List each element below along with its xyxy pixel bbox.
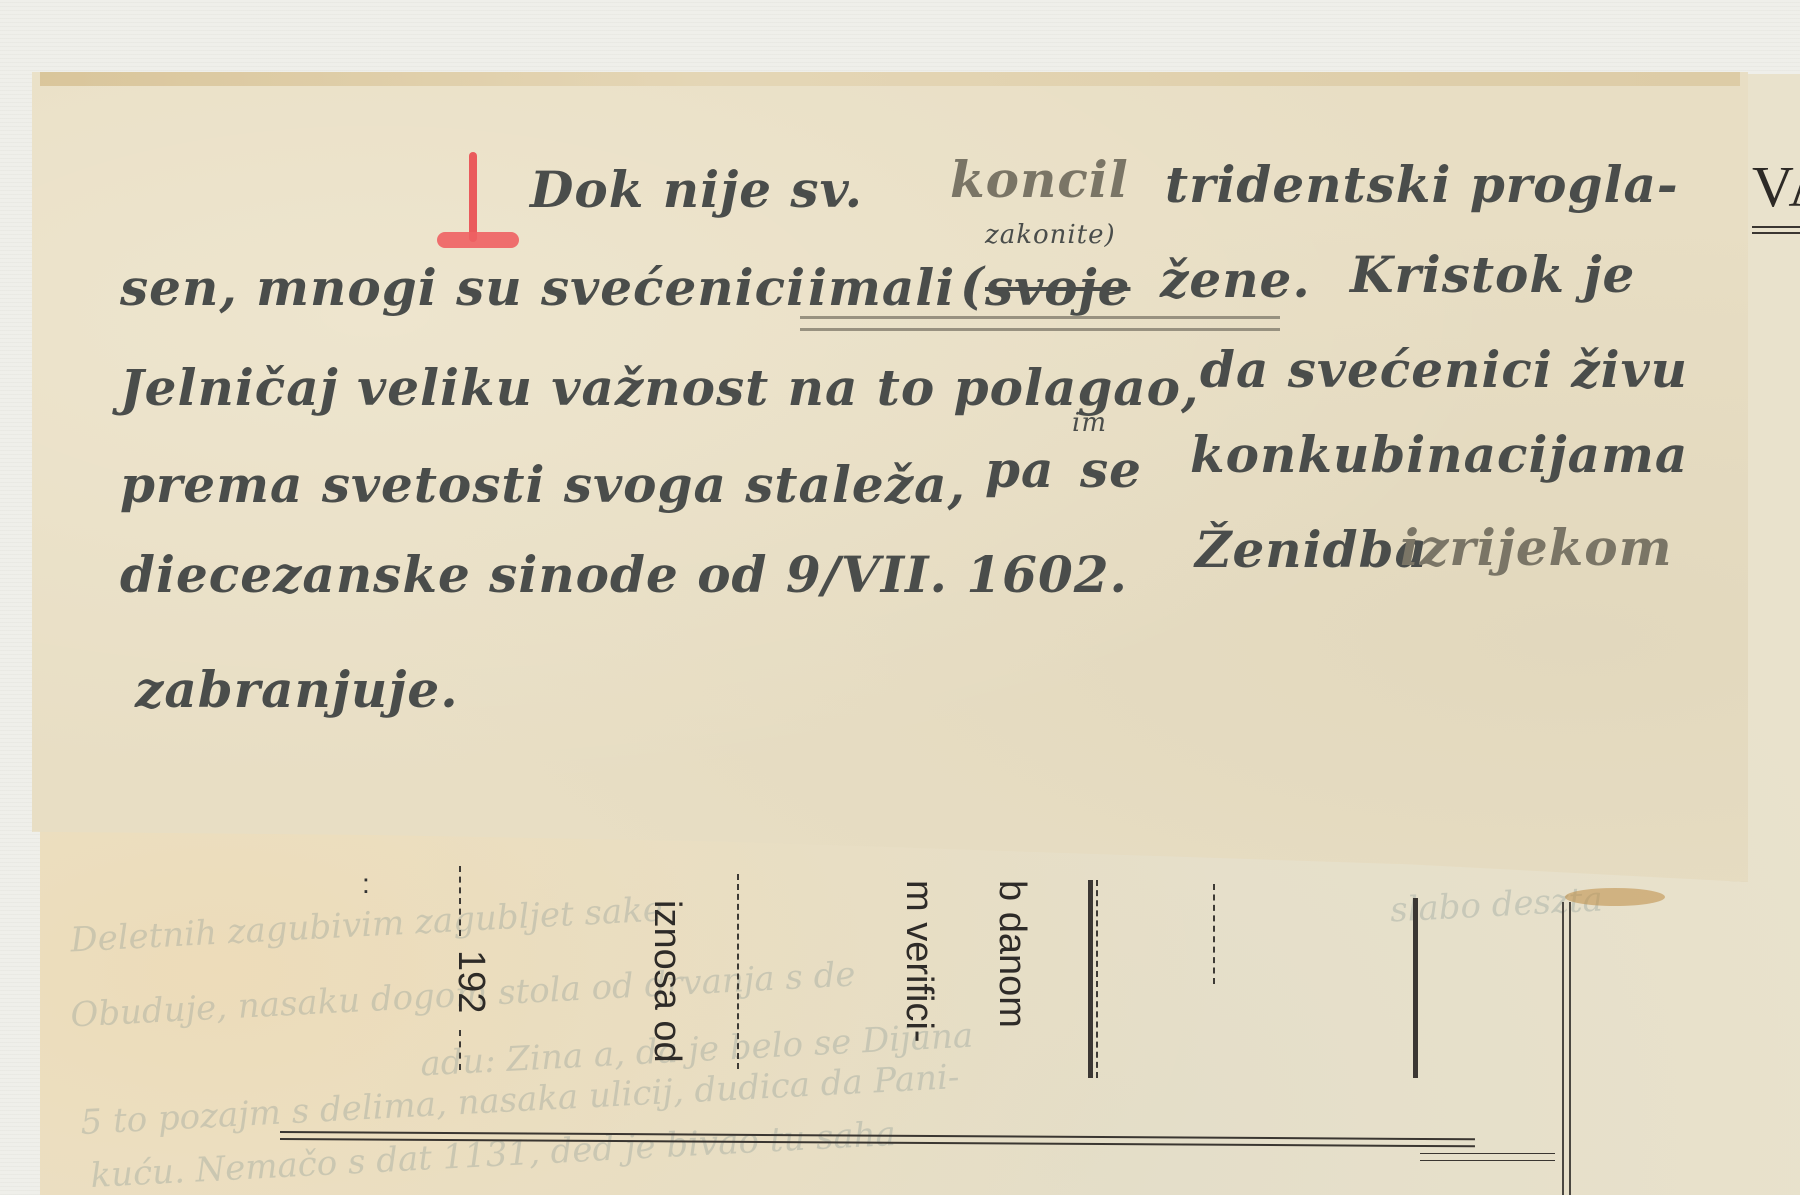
note-line-1-start: Dok nije sv. bbox=[530, 160, 863, 219]
form-heading-rule bbox=[1752, 226, 1800, 228]
note-line-5-end: izrijekom bbox=[1400, 518, 1673, 577]
red-marker-base bbox=[437, 232, 519, 248]
form-dashed-rule bbox=[459, 1030, 461, 1070]
form-solid-rule bbox=[1413, 898, 1418, 1078]
form-dashed-rule bbox=[459, 866, 461, 936]
note-line-2-zene: žene. bbox=[1160, 250, 1311, 309]
form-label-date: b danom bbox=[993, 880, 1031, 1028]
form-heading-fragment: VA bbox=[1752, 158, 1800, 216]
form-label-year: 192 bbox=[452, 950, 490, 1013]
note-line-3-end: da svećenici živu bbox=[1200, 340, 1688, 399]
form-dashed-rule bbox=[1213, 884, 1215, 984]
form-label-verification: m verifici- bbox=[900, 880, 938, 1043]
form-heading-rule-2 bbox=[1752, 232, 1800, 234]
note-line-1-end: tridentski progla- bbox=[1165, 155, 1679, 214]
note-line-5-start: diecezanske sinode od 9/VII. 1602. bbox=[120, 545, 1128, 604]
form-double-rule bbox=[1569, 902, 1571, 1195]
note-line-4-end: konkubinacijama bbox=[1190, 425, 1688, 484]
note-line-5-zenidba: Ženidba bbox=[1195, 520, 1428, 579]
note-line-2-struck-word: svoje bbox=[985, 258, 1130, 317]
form-solid-rule bbox=[1088, 880, 1093, 1078]
note-line-2-imali: imali bbox=[808, 258, 955, 317]
form-dashed-rule bbox=[737, 874, 739, 1069]
slip-edge-stain bbox=[40, 72, 1740, 86]
note-line-1-council: koncil bbox=[950, 150, 1129, 209]
red-marker-icon bbox=[469, 152, 477, 242]
note-line-3-start: Jelničaj veliku važnost na to polagao, bbox=[120, 358, 1199, 417]
note-double-underline bbox=[800, 316, 1280, 331]
note-line-6: zabranjuje. bbox=[135, 660, 459, 719]
form-label-amount: iznosa od bbox=[648, 900, 686, 1063]
note-insertion-im: im bbox=[1072, 408, 1107, 438]
note-line-4-se: se bbox=[1080, 440, 1142, 499]
form-dashed-rule bbox=[1096, 880, 1098, 1078]
note-line-2-paren: ( bbox=[960, 256, 985, 315]
note-line-4-pa: pa bbox=[985, 440, 1054, 499]
form-double-rule bbox=[1562, 902, 1564, 1195]
form-horizontal-rule bbox=[1420, 1153, 1555, 1154]
note-line-2-start: sen, mnogi su svećenici bbox=[120, 258, 806, 317]
note-insertion-zakonite: zakonite) bbox=[985, 220, 1116, 250]
form-horizontal-rule bbox=[1420, 1160, 1555, 1161]
note-line-2-end: Kristok je bbox=[1350, 245, 1635, 304]
note-line-4-start: prema svetosti svoga staleža, bbox=[120, 455, 966, 514]
form-colon-mark: : bbox=[362, 868, 370, 900]
glue-stain bbox=[1565, 888, 1665, 906]
